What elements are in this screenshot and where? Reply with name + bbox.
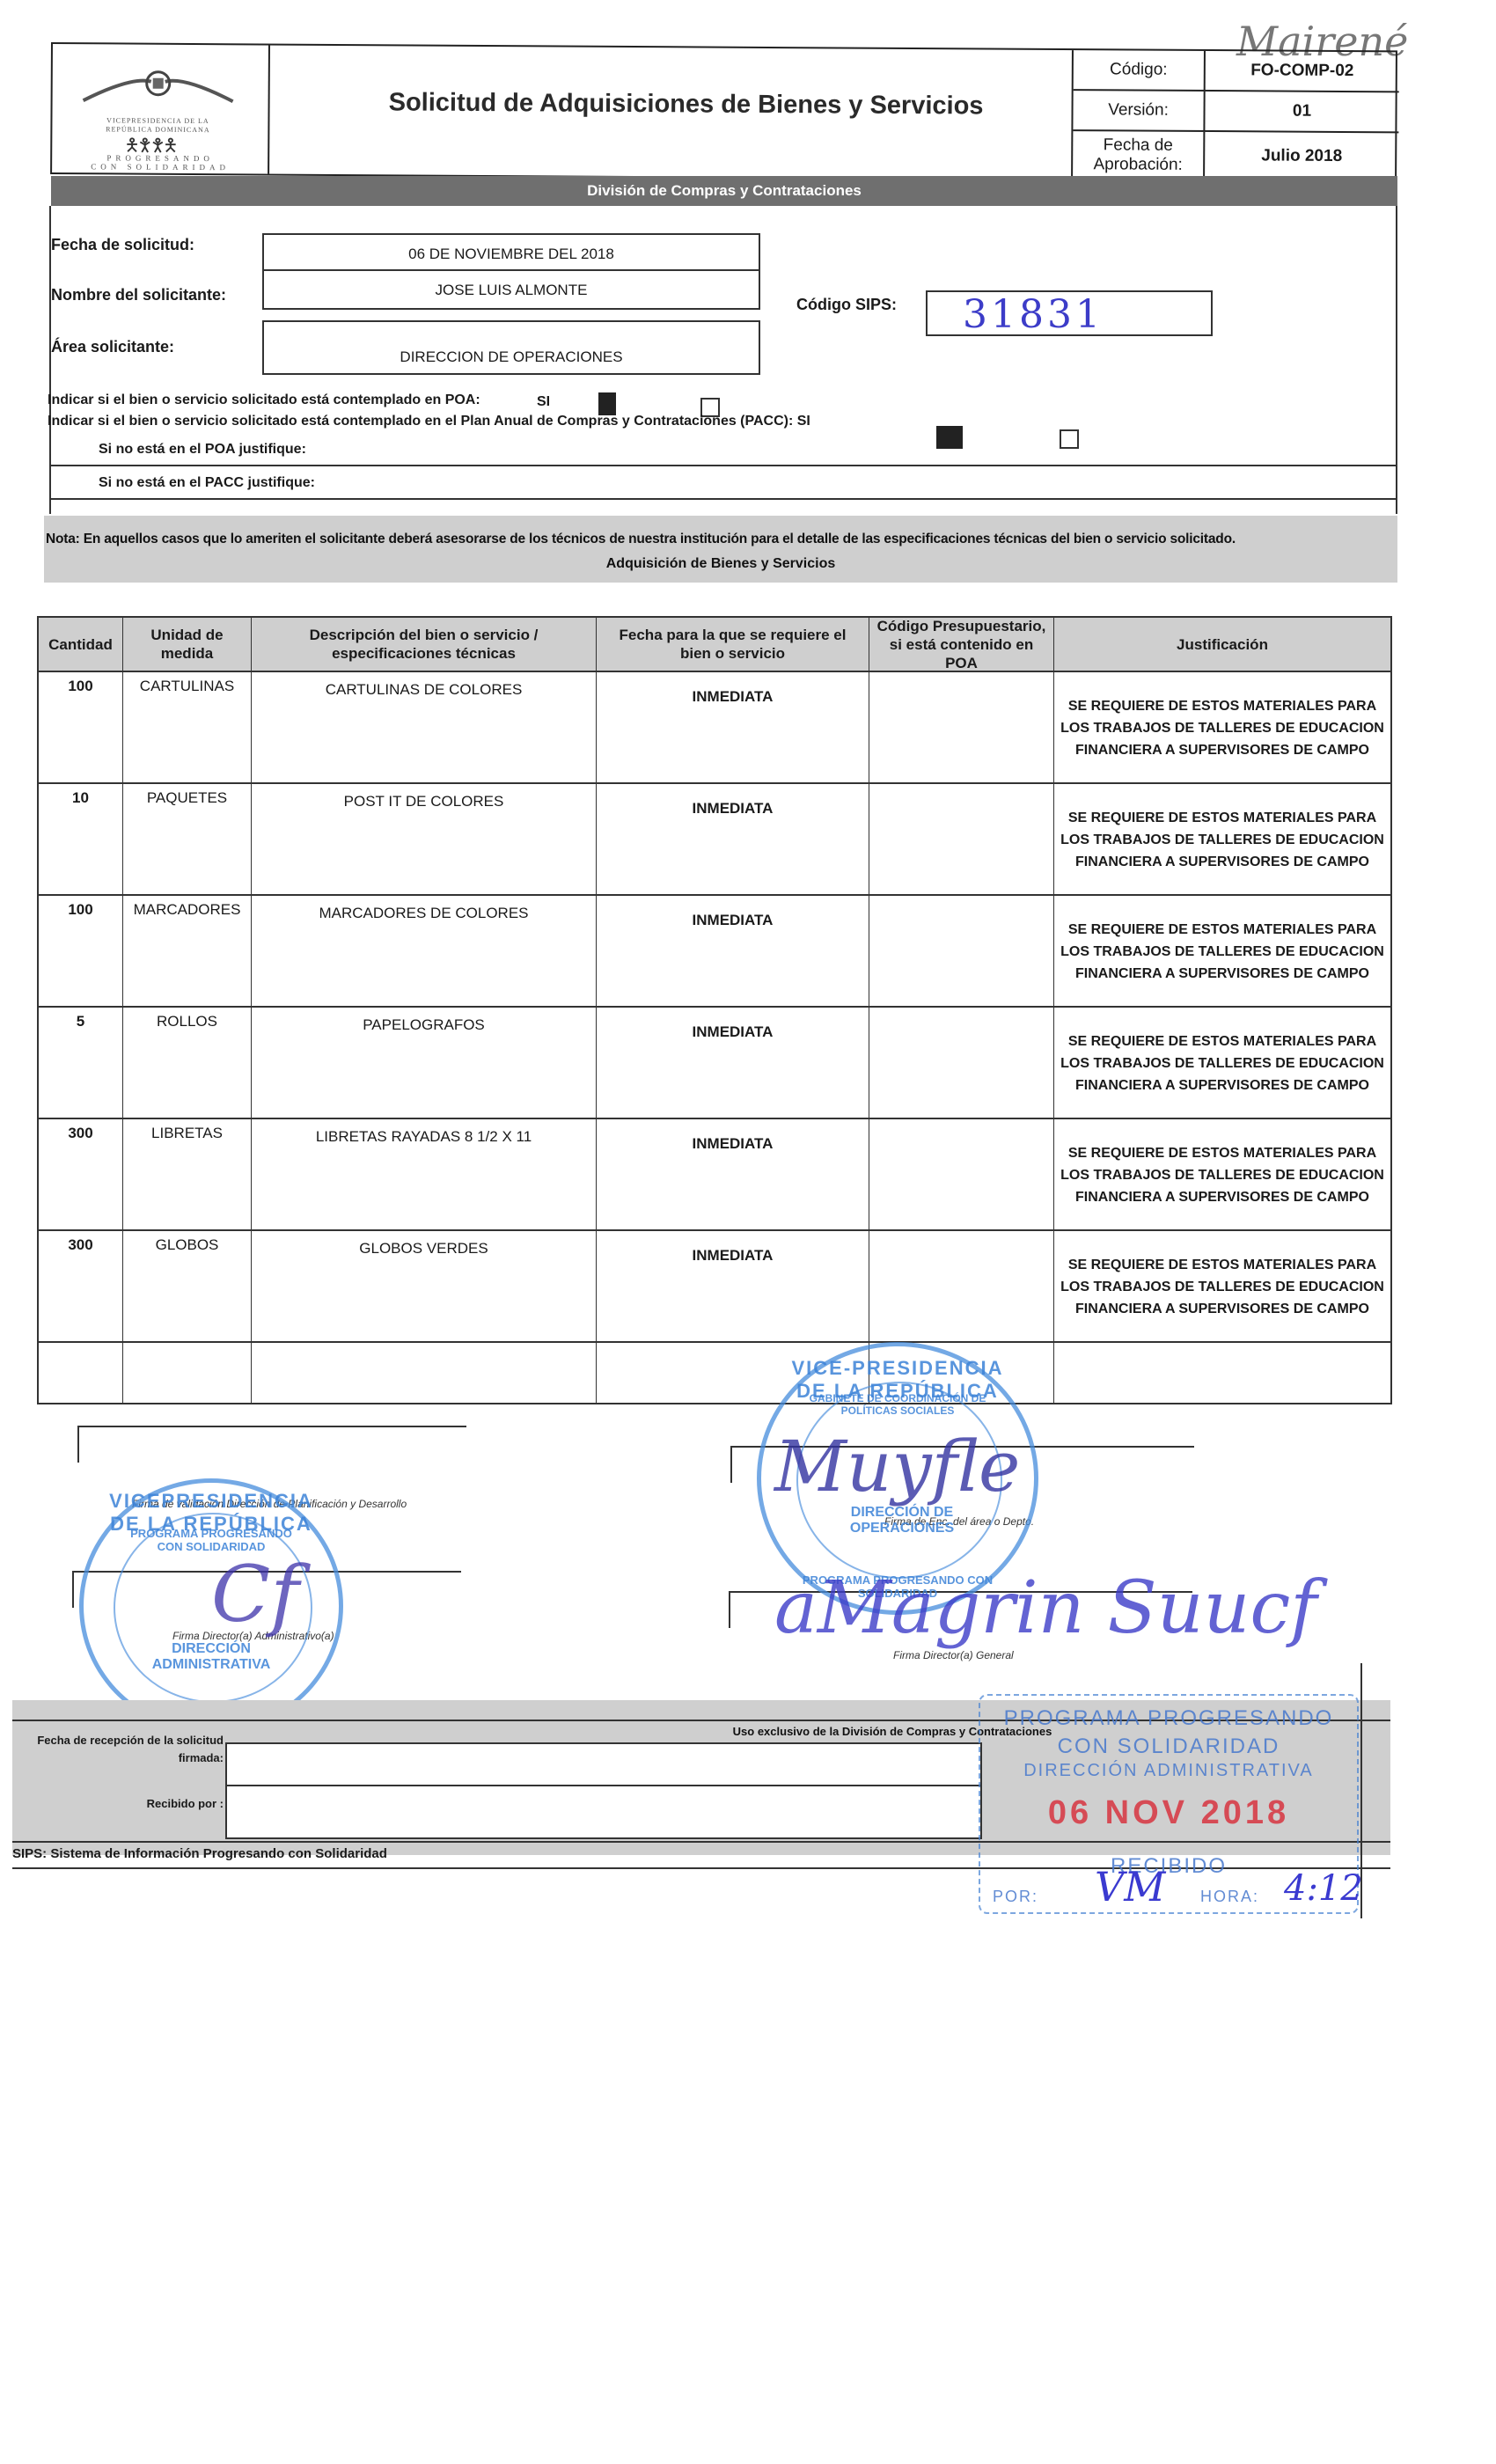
- table-row: 300 GLOBOS GLOBOS VERDES INMEDIATA SE RE…: [37, 1229, 1392, 1343]
- coat-of-arms-icon: [79, 69, 238, 105]
- nombre-field[interactable]: JOSE LUIS ALMONTE: [262, 269, 760, 310]
- received-time: 4:12: [1284, 1868, 1363, 1909]
- col-justificacion: Justificación: [1054, 618, 1392, 671]
- cell-descripcion[interactable]: CARTULINAS DE COLORES: [252, 671, 597, 782]
- meta-row-version: Versión: 01: [1073, 91, 1398, 133]
- cell-justificacion[interactable]: SE REQUIERE DE ESTOS MATERIALES PARA LOS…: [1054, 782, 1392, 894]
- institution-logo: VICEPRESIDENCIA DE LA REPÚBLICA DOMINICA…: [52, 44, 270, 174]
- cell-unidad[interactable]: [123, 1341, 252, 1403]
- received-date: 06 NOV 2018: [980, 1794, 1357, 1832]
- form-header: VICEPRESIDENCIA DE LA REPÚBLICA DOMINICA…: [50, 42, 1397, 182]
- note-text: Nota: En aquellos casos que lo ameriten …: [46, 532, 1236, 547]
- sips-field[interactable]: 31831: [926, 290, 1213, 336]
- nombre-label: Nombre del solicitante:: [51, 286, 226, 304]
- cell-descripcion[interactable]: GLOBOS VERDES: [252, 1229, 597, 1341]
- sips-value: 31831: [928, 292, 1104, 337]
- cell-justificacion[interactable]: SE REQUIERE DE ESTOS MATERIALES PARA LOS…: [1054, 1118, 1392, 1229]
- meta-row-codigo: Código: FO-COMP-02: [1074, 50, 1399, 92]
- col-codigo: Código Presupuestario, si está contenido…: [869, 618, 1054, 671]
- signature-director-general: aMagrin Suucf: [774, 1566, 1317, 1650]
- cell-codigo[interactable]: [869, 1006, 1054, 1118]
- logo-tagline: PROGRESANDO CON SOLIDARIDAD: [68, 153, 253, 172]
- cell-unidad[interactable]: GLOBOS: [123, 1229, 252, 1341]
- cell-justificacion[interactable]: SE REQUIERE DE ESTOS MATERIALES PARA LOS…: [1054, 1006, 1392, 1118]
- col-descripcion: Descripción del bien o servicio / especi…: [252, 618, 597, 671]
- fecha-recepcion-label: Fecha de recepción de la solicitud firma…: [12, 1732, 224, 1767]
- table-header: Cantidad Unidad de medida Descripción de…: [37, 616, 1392, 672]
- cell-fecha[interactable]: INMEDIATA: [597, 671, 869, 782]
- col-cantidad: Cantidad: [37, 618, 123, 671]
- table-row: 100 MARCADORES MARCADORES DE COLORES INM…: [37, 894, 1392, 1008]
- signature-caption-general: Firma Director(a) General: [893, 1649, 1014, 1661]
- sips-label: Código SIPS:: [796, 296, 897, 314]
- cell-unidad[interactable]: LIBRETAS: [123, 1118, 252, 1229]
- cell-descripcion[interactable]: MARCADORES DE COLORES: [252, 894, 597, 1006]
- cell-descripcion[interactable]: POST IT DE COLORES: [252, 782, 597, 894]
- poa-question: Indicar si el bien o servicio solicitado…: [48, 392, 480, 408]
- fecha-recepcion-field[interactable]: [225, 1742, 982, 1786]
- cell-descripcion[interactable]: PAPELOGRAFOS: [252, 1006, 597, 1118]
- signature-administrativa: Cf: [211, 1549, 299, 1639]
- cell-fecha[interactable]: INMEDIATA: [597, 782, 869, 894]
- received-stamp: PROGRAMA PROGRESANDO CON SOLIDARIDAD DIR…: [979, 1694, 1359, 1914]
- signature-line-planificacion: [77, 1426, 466, 1463]
- frame-right: [1396, 206, 1397, 514]
- form-title: Solicitud de Adquisiciones de Bienes y S…: [272, 88, 1099, 122]
- note-band: Nota: En aquellos casos que lo ameriten …: [44, 516, 1397, 583]
- cell-descripcion[interactable]: [252, 1341, 597, 1403]
- recibido-label: Recibido por :: [12, 1797, 224, 1810]
- cell-unidad[interactable]: PAQUETES: [123, 782, 252, 894]
- cell-cantidad[interactable]: 300: [37, 1229, 123, 1341]
- cell-codigo[interactable]: [869, 1229, 1054, 1341]
- pacc-no-checkbox[interactable]: [1060, 429, 1079, 449]
- table-row: 100 CARTULINAS CARTULINAS DE COLORES INM…: [37, 671, 1392, 784]
- cell-justificacion[interactable]: [1054, 1341, 1392, 1403]
- cell-cantidad[interactable]: 10: [37, 782, 123, 894]
- cell-codigo[interactable]: [869, 782, 1054, 894]
- received-by-initials: VM: [1095, 1863, 1165, 1910]
- cell-descripcion[interactable]: LIBRETAS RAYADAS 8 1/2 X 11: [252, 1118, 597, 1229]
- pacc-question: Indicar si el bien o servicio solicitado…: [48, 414, 810, 429]
- table-row: 10 PAQUETES POST IT DE COLORES INMEDIATA…: [37, 782, 1392, 896]
- cell-unidad[interactable]: CARTULINAS: [123, 671, 252, 782]
- fecha-field[interactable]: 06 DE NOVIEMBRE DEL 2018: [262, 233, 760, 274]
- cell-cantidad[interactable]: 100: [37, 671, 123, 782]
- cell-codigo[interactable]: [869, 671, 1054, 782]
- table-row: 300 LIBRETAS LIBRETAS RAYADAS 8 1/2 X 11…: [37, 1118, 1392, 1231]
- signature-encargado: Muyfle: [774, 1426, 1020, 1507]
- divider: [51, 465, 1396, 466]
- cell-unidad[interactable]: MARCADORES: [123, 894, 252, 1006]
- cell-codigo[interactable]: [869, 894, 1054, 1006]
- col-unidad: Unidad de medida: [123, 618, 252, 671]
- cell-justificacion[interactable]: SE REQUIERE DE ESTOS MATERIALES PARA LOS…: [1054, 894, 1392, 1006]
- cell-fecha[interactable]: INMEDIATA: [597, 1006, 869, 1118]
- cell-fecha[interactable]: INMEDIATA: [597, 1118, 869, 1229]
- cell-codigo[interactable]: [869, 1118, 1054, 1229]
- document-control-box: Código: FO-COMP-02 Versión: 01 Fecha de …: [1071, 50, 1399, 180]
- cell-unidad[interactable]: ROLLOS: [123, 1006, 252, 1118]
- division-band: División de Compras y Contrataciones: [51, 176, 1397, 206]
- cell-cantidad[interactable]: 300: [37, 1118, 123, 1229]
- table-row: 5 ROLLOS PAPELOGRAFOS INMEDIATA SE REQUI…: [37, 1006, 1392, 1119]
- cell-justificacion[interactable]: SE REQUIERE DE ESTOS MATERIALES PARA LOS…: [1054, 671, 1392, 782]
- procurement-request-form: Mairené VICEPRESIDENCIA DE LA REPÚBLICA …: [0, 0, 1496, 1918]
- cell-cantidad[interactable]: 100: [37, 894, 123, 1006]
- table-title: Adquisición de Bienes y Servicios: [44, 556, 1397, 572]
- fecha-label: Fecha de solicitud:: [51, 236, 194, 254]
- area-label: Área solicitante:: [51, 338, 174, 356]
- area-field[interactable]: DIRECCION DE OPERACIONES: [262, 320, 760, 375]
- cell-cantidad[interactable]: [37, 1341, 123, 1403]
- recibido-field[interactable]: [225, 1785, 982, 1839]
- cell-fecha[interactable]: INMEDIATA: [597, 894, 869, 1006]
- col-fecha: Fecha para la que se requiere el bien o …: [597, 618, 869, 671]
- divider: [51, 498, 1396, 500]
- sips-footnote: SIPS: Sistema de Información Progresando…: [12, 1846, 387, 1861]
- table-row: [37, 1341, 1392, 1404]
- meta-row-approval: Fecha de Aprobación: Julio 2018: [1073, 131, 1398, 180]
- poa-si-label: SI: [537, 394, 550, 410]
- cell-cantidad[interactable]: 5: [37, 1006, 123, 1118]
- pacc-justify-label: Si no está en el PACC justifique:: [99, 475, 315, 491]
- poa-justify-label: Si no está en el POA justifique:: [99, 442, 306, 458]
- pacc-si-checkbox[interactable]: [936, 426, 963, 449]
- cell-fecha[interactable]: INMEDIATA: [597, 1229, 869, 1341]
- poa-si-checkbox[interactable]: [598, 392, 616, 415]
- cell-justificacion[interactable]: SE REQUIERE DE ESTOS MATERIALES PARA LOS…: [1054, 1229, 1392, 1341]
